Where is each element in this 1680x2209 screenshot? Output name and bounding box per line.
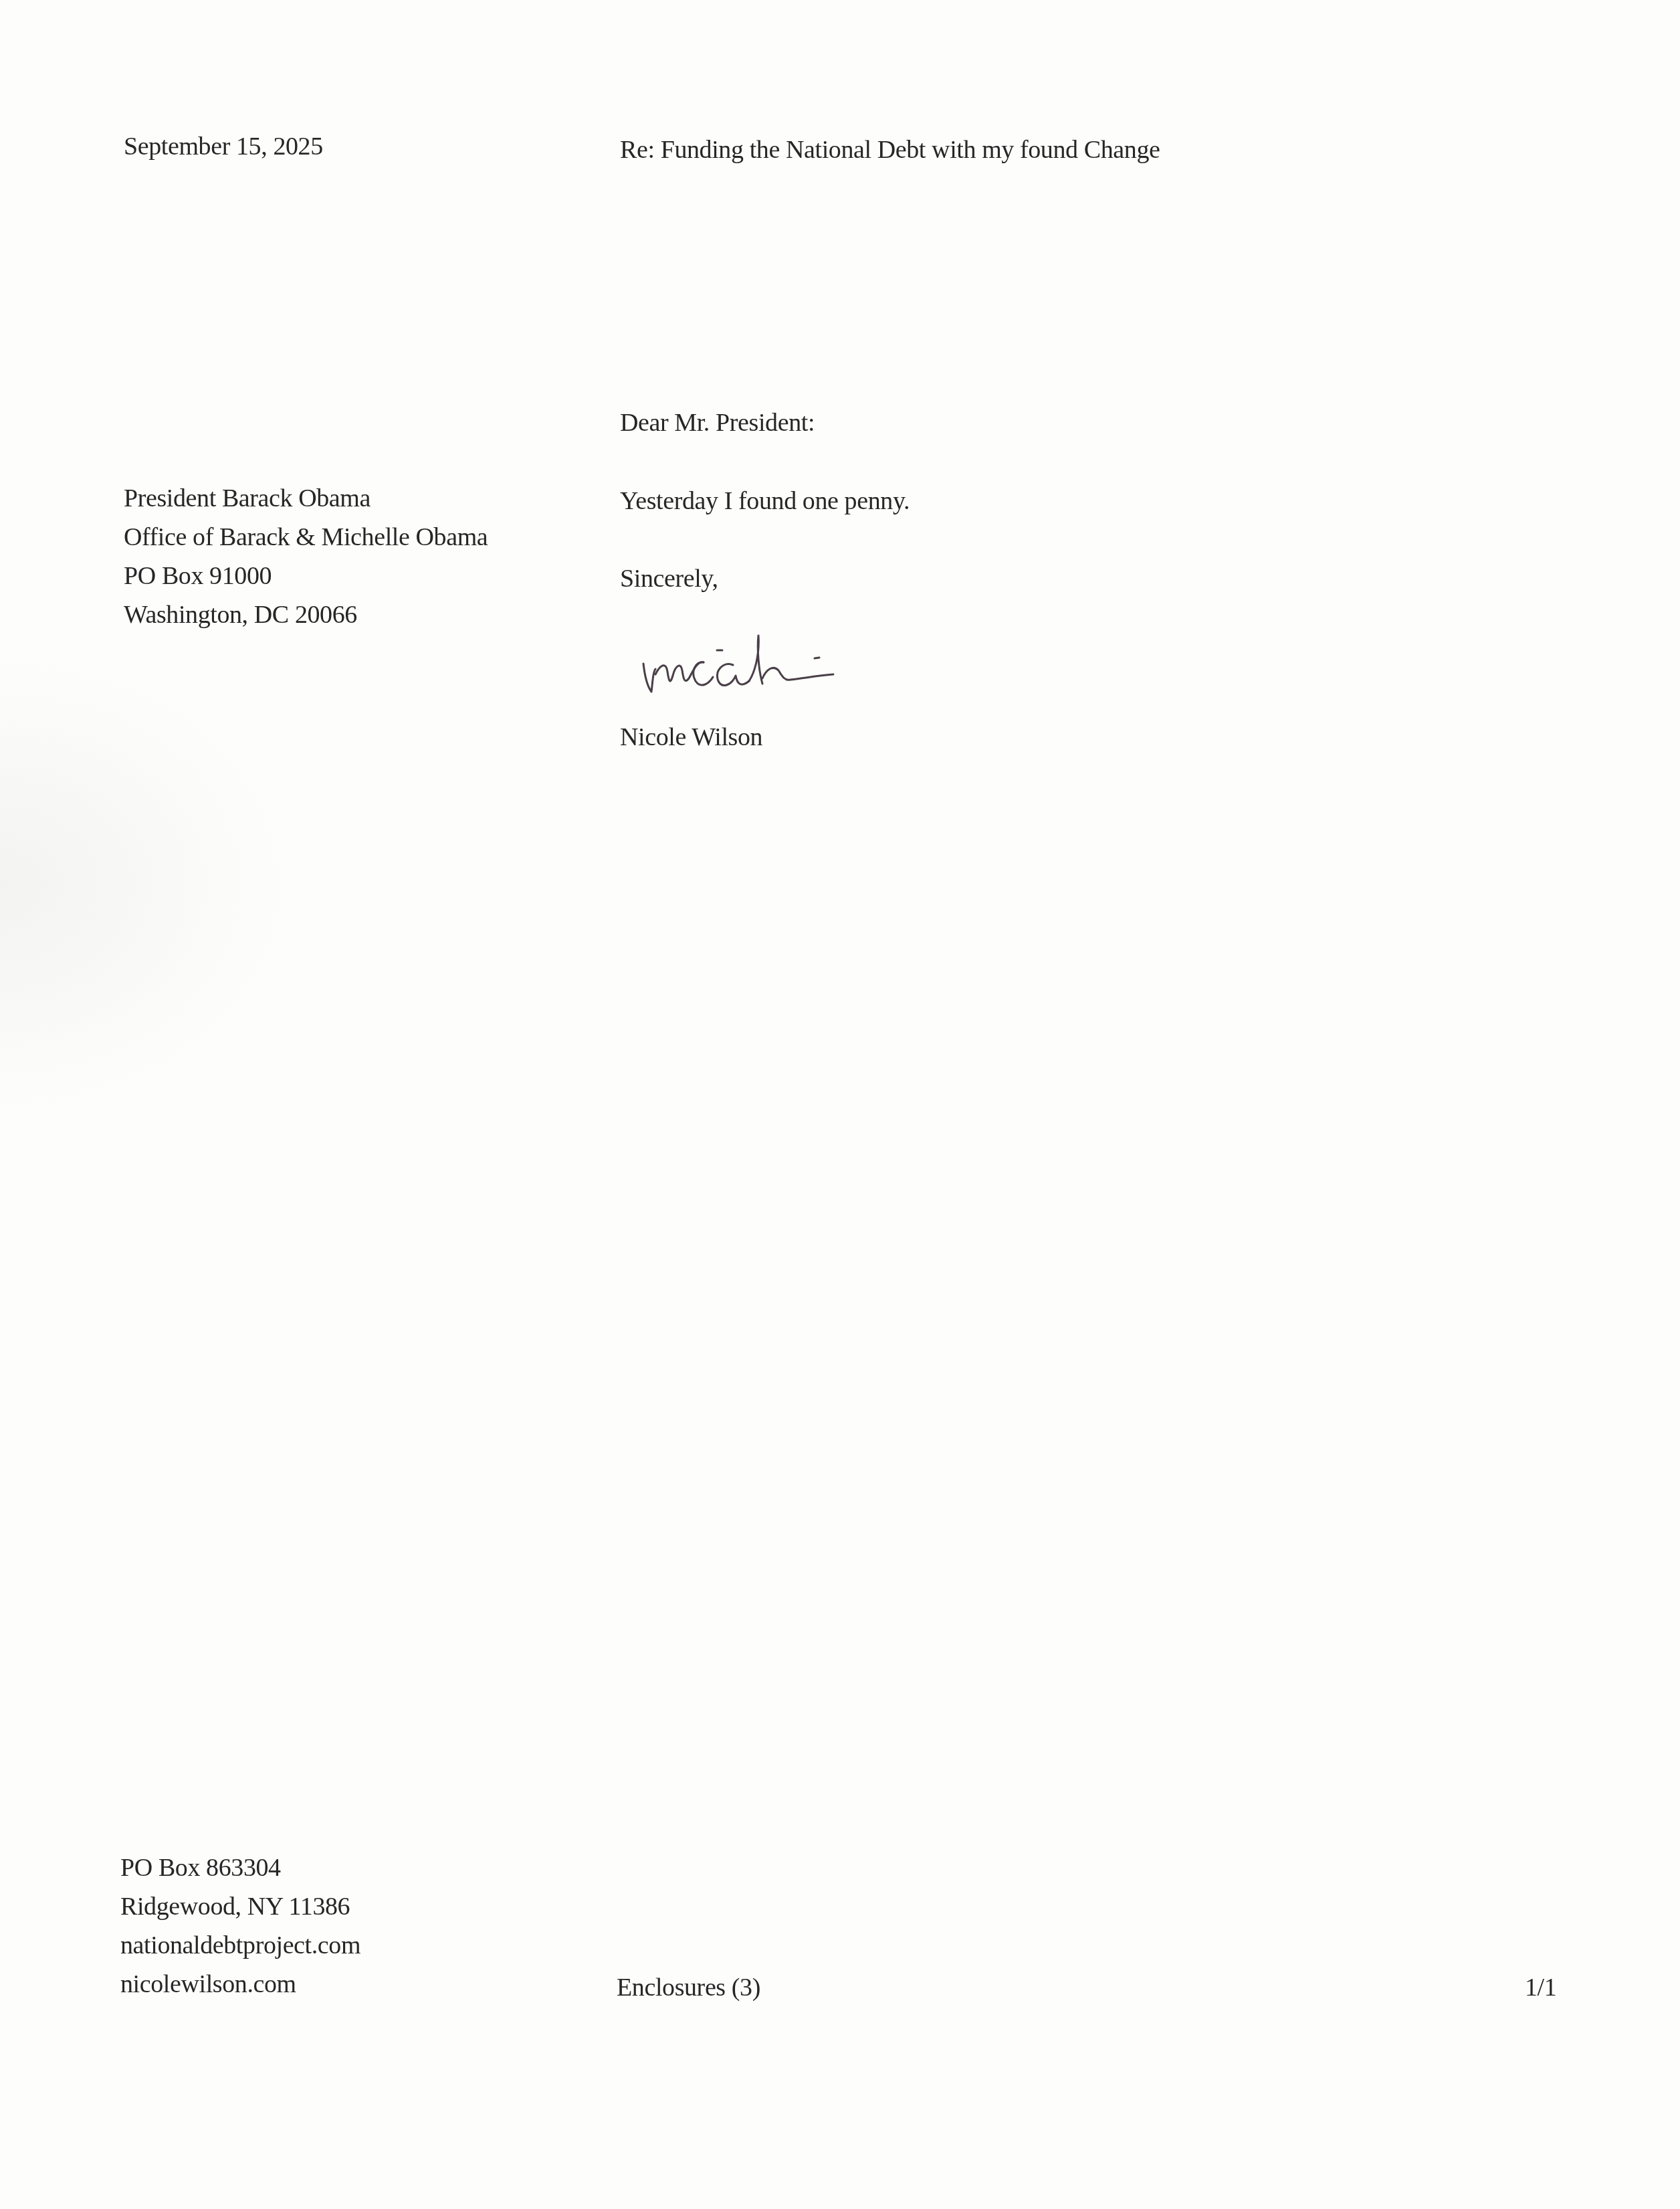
recipient-name: President Barack Obama [124,479,488,518]
sender-website-personal: nicolewilson.com [120,1965,360,2004]
sender-city: Ridgewood, NY 11386 [120,1887,360,1926]
letter-date: September 15, 2025 [124,127,323,166]
letter-subject: Re: Funding the National Debt with my fo… [620,130,1160,169]
recipient-po-box: PO Box 91000 [124,557,488,595]
signer-name: Nicole Wilson [620,718,762,757]
sender-po-box: PO Box 863304 [120,1848,360,1887]
letter-page: September 15, 2025 Re: Funding the Natio… [0,0,1680,2209]
recipient-address: President Barack Obama Office of Barack … [124,479,488,634]
recipient-city: Washington, DC 20066 [124,595,488,634]
salutation: Dear Mr. President: [620,403,815,442]
recipient-office: Office of Barack & Michelle Obama [124,518,488,557]
letter-body: Yesterday I found one penny. [620,482,910,520]
sender-address: PO Box 863304 Ridgewood, NY 11386 nation… [120,1848,360,2004]
enclosures-note: Enclosures (3) [617,1968,760,2007]
page-number: 1/1 [1525,1968,1556,2007]
sender-website-project: nationaldebtproject.com [120,1926,360,1965]
closing: Sincerely, [620,559,718,598]
handwritten-signature-icon [635,622,943,709]
